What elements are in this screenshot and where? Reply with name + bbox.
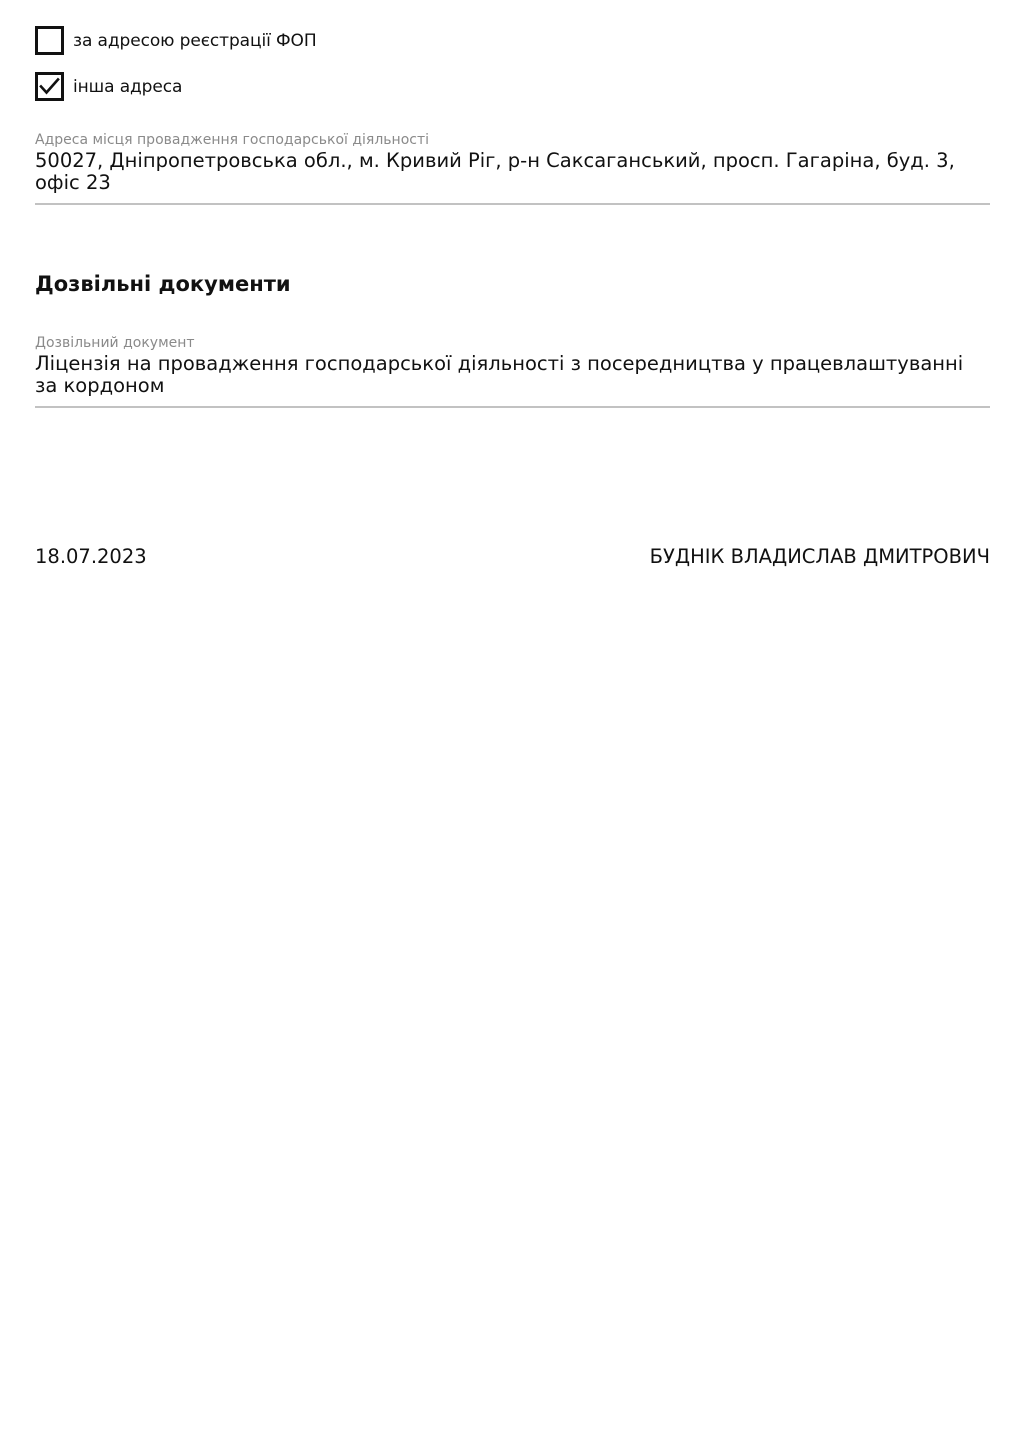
signature-row: 18.07.2023 БУДНІК ВЛАДИСЛАВ ДМИТРОВИЧ bbox=[35, 545, 990, 568]
checkbox-unchecked[interactable] bbox=[35, 26, 64, 55]
field-value: Ліцензія на провадження господарської ді… bbox=[35, 353, 990, 397]
business-address-field: Адреса місця провадження господарської д… bbox=[35, 132, 990, 205]
address-option-label: інша адреса bbox=[73, 77, 182, 97]
address-option-other[interactable]: інша адреса bbox=[35, 72, 182, 101]
signatory-name: БУДНІК ВЛАДИСЛАВ ДМИТРОВИЧ bbox=[650, 545, 990, 568]
address-option-registration[interactable]: за адресою реєстрації ФОП bbox=[35, 26, 317, 55]
permit-document-field: Дозвільний документ Ліцензія на провадже… bbox=[35, 335, 990, 408]
checkmark-icon bbox=[39, 77, 60, 96]
address-option-label: за адресою реєстрації ФОП bbox=[73, 31, 317, 51]
field-label: Адреса місця провадження господарської д… bbox=[35, 132, 990, 149]
field-label: Дозвільний документ bbox=[35, 335, 990, 352]
field-value: 50027, Дніпропетровська обл., м. Кривий … bbox=[35, 150, 990, 194]
checkbox-checked[interactable] bbox=[35, 72, 64, 101]
document-date: 18.07.2023 bbox=[35, 545, 147, 568]
section-title-permits: Дозвільні документи bbox=[35, 272, 291, 296]
